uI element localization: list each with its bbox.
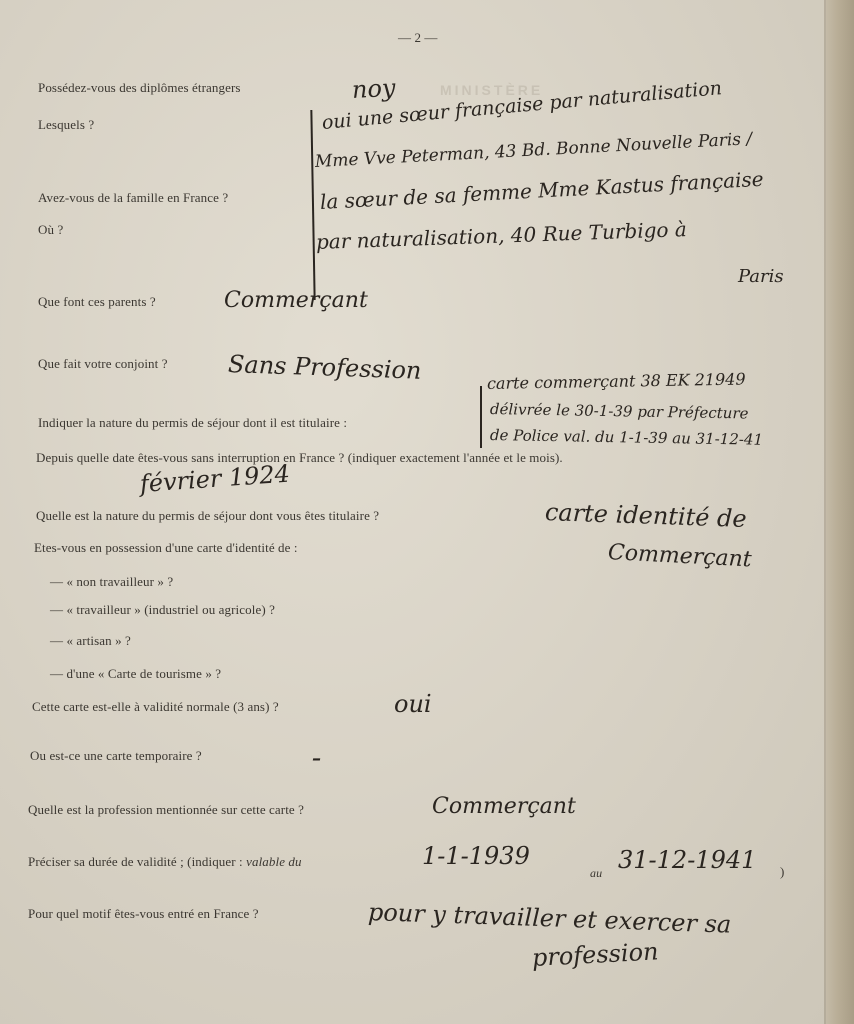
answer-bracket-permis: [480, 386, 482, 448]
question-diplomes: Possédez-vous des diplômes étrangers: [38, 80, 241, 96]
answer-profession-carte: Commerçant: [432, 794, 576, 819]
question-duree-valable: valable du: [246, 854, 302, 869]
answer-duree-to: 31-12-1941: [618, 846, 756, 874]
question-ou: Où ?: [38, 222, 63, 238]
question-motif: Pour quel motif êtes-vous entré en Franc…: [28, 906, 259, 922]
answer-duree-from: 1-1-1939: [422, 842, 530, 870]
answer-validite-normale: oui: [394, 690, 432, 718]
question-carte-identite: Etes-vous en possession d'une carte d'id…: [34, 540, 298, 556]
option-non-travailleur: — « non travailleur » ?: [50, 574, 173, 590]
question-depuis-note: (indiquer exactement l'année et le mois)…: [348, 450, 563, 465]
question-depuis-text: Depuis quelle date êtes-vous sans interr…: [36, 450, 344, 465]
question-permis-conjoint: Indiquer la nature du permis de séjour d…: [38, 415, 347, 431]
answer-parents: Commerçant: [224, 288, 368, 313]
option-carte-tourisme: — d'une « Carte de tourisme » ?: [50, 666, 221, 682]
question-famille: Avez-vous de la famille en France ?: [38, 190, 228, 206]
question-permis-vous: Quelle est la nature du permis de séjour…: [36, 508, 379, 524]
question-lesquels: Lesquels ?: [38, 117, 94, 133]
question-conjoint: Que fait votre conjoint ?: [38, 356, 168, 372]
question-temporaire: Ou est-ce une carte temporaire ?: [30, 748, 202, 764]
question-validite-normale: Cette carte est-elle à validité normale …: [32, 699, 279, 715]
closing-paren: ): [780, 864, 784, 880]
question-depuis: Depuis quelle date êtes-vous sans interr…: [36, 450, 563, 466]
option-travailleur: — « travailleur » (industriel ou agricol…: [50, 602, 275, 618]
answer-temporaire: –: [312, 748, 321, 769]
question-duree-prefix: Préciser sa durée de validité ; (indique…: [28, 854, 243, 869]
book-spine: [826, 0, 854, 1024]
page-number: — 2 —: [398, 30, 438, 46]
question-duree: Préciser sa durée de validité ; (indique…: [28, 854, 302, 870]
question-parents: Que font ces parents ?: [38, 294, 156, 310]
question-profession-carte: Quelle est la profession mentionnée sur …: [28, 802, 304, 818]
label-au: au: [590, 866, 602, 881]
answer-famille-line-5: Paris: [738, 266, 784, 287]
option-artisan: — « artisan » ?: [50, 633, 131, 649]
answer-diplomes: noy: [351, 74, 396, 104]
